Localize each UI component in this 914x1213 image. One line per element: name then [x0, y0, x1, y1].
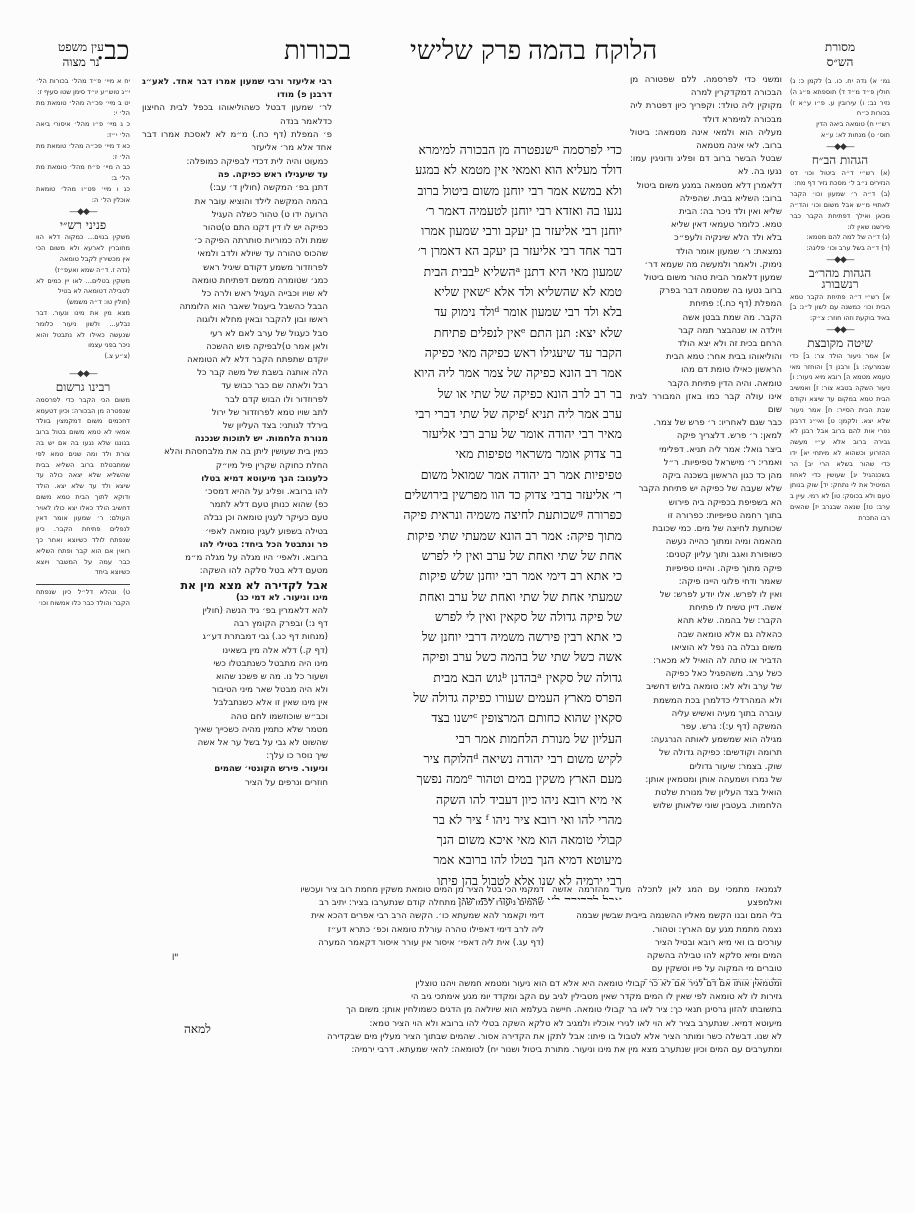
rashi-line: ברוב: השליא בבית. שהפילה: [630, 193, 782, 206]
tosafot-line: להא דלאמרין בפ׳ גיד הנשה (חולין: [142, 605, 328, 618]
rashi-line: מקוקין ליה טולד: וקפריך כיון דפטרת ליה מ…: [630, 100, 782, 126]
tosafot-line: אבל לקדירה לא מצא מין את: [142, 579, 328, 592]
tosafot-line: חוזרים ונרפים על הציר: [142, 777, 328, 790]
rashi-line: של נמרו ושמעהה אותן ומטמאין אותן:: [630, 774, 782, 787]
rashi-line: של ערב ולא לא: טומאה בלוש דחשיב: [630, 681, 782, 694]
gemara-line: כי אתא רב דימי אמר רבי יוחנן שלש פיקות: [336, 566, 622, 586]
tosafot-line: ראשו ובון להקבר ובאין מחלא ולוגוה: [142, 314, 328, 327]
gemara-line: שמעתי אחת של שתי ואחת של ערב ואחת: [336, 587, 622, 607]
rashi-line: ומשני כדי לפרסמה. ללם שפטורה מן הבכורה ד…: [630, 74, 782, 100]
gemara-line: נגעו בה ואזדא רבי יוחנן לטעמיה דאמר ר׳: [336, 201, 622, 221]
rashi-line: בתוך רחמה טפיפיות: כפרורה זו: [630, 510, 782, 523]
rashi-line: ברוב נטעו בה שמטמה דבר בפרק: [630, 285, 782, 298]
ornament-divider-icon: —◆◆—: [790, 324, 890, 336]
shita-mekubetzet-title: שיטה מקובצת: [790, 338, 890, 349]
tosafot-line: טעם כעיקר לעגין טומאה וכן נבלה: [142, 512, 328, 525]
rashi-line: מהאמה ומיה ומתוך כהייה נעשה: [630, 536, 782, 549]
rashi-line: המפלת (דף כח.): פתיחת: [630, 298, 782, 311]
tosafot-line: וכב״ש שוכוזשמו לחם טהה: [142, 711, 328, 724]
rabbeinu-gershom-text: משום הכי הקבר כדי לפרסמה שנפטרה מן הבכור…: [36, 395, 130, 579]
masoret-hashas-heading: מסורת הש״ס: [790, 40, 890, 70]
rashi-line: מהן כד כגון הראשון בשכנה ביקה: [630, 470, 782, 483]
ner-mitzvah-title: נר מצוה: [36, 55, 126, 70]
rashi-line: ולא המהרדלי כדלמרן בכת המשמת: [630, 695, 782, 708]
rashi-line: שכותעת לחיצה של מים. כמי שכובת: [630, 523, 782, 536]
rashi-line: הדביר או טתה לה הואיל לא מכאר:: [630, 655, 782, 668]
gemara-line: מעם הארץ משקין במים וטהור ᵉממה נפשך: [336, 769, 622, 789]
gemara-line: מיעוטא דמיא הנך בטלו להו ברובא אמר: [336, 850, 622, 870]
rashi-line: המים ומיא סלקא להו טבילה בהשקה: [552, 950, 782, 963]
gemara-line: קבולי טומאה הוא מאי איכא משום הנך: [336, 830, 622, 850]
ornament-divider-icon: —◆◆—: [36, 206, 130, 218]
gemara-line: ולא במשא אמר רבי יוחנן משום ביטול ברוב: [336, 181, 622, 201]
tosafot-line: לפרוזדור ולו הבוש קדם לבר: [142, 394, 328, 407]
ein-mishpat-heading: עין משפט נר מצוה: [36, 40, 126, 70]
gemara-line: טפיפיות אמר רב יהודה אמר שמואל משום: [336, 465, 622, 485]
gemara-line: מתוך פיקה: אמר רב הונא שמעתי שתי פיקות: [336, 526, 622, 546]
shita-mekubetzet-text: א] אמר ניעור הולד צר: ב] כדי שבמרעה: ג] …: [790, 351, 890, 524]
rashi-line: שבטל הבשר ברוב דם ופליג ודוניגין עמו: נג…: [630, 153, 782, 179]
tosafot-line: לתב שויו טמא לפרוזדור של ירול: [142, 407, 328, 420]
gemara-line: כפרורה ᵍשכותעת לחיצה משמיה ונראית פיקה: [336, 505, 622, 525]
rashi-line: דלאמרן דלא מטמאה במגע משום ביטול: [630, 180, 782, 193]
rashi-line: טמא. כלומר טעמאי דאין שליא: [630, 219, 782, 232]
masoret-entry: גמ׳ א) נדה יח. כו. ב) לקמן כ: ג) חולין פ…: [790, 76, 890, 119]
rashi-line: המשקה (דף ע:): גרש. עפר: [630, 721, 782, 734]
tosafot-line: הבבל כהשבל ביעגול שאבר הוא הלומתה: [142, 301, 328, 314]
pninei-rashi-source: (נדה ז. ד״ה שמא ואעפ״ז): [36, 265, 130, 276]
tosafot-line: כפיקה יש לו דין דקנו התם ט)טהור: [142, 222, 328, 235]
rashi-line: בלא ולד הלא שינקיה ולעפ״כ: [630, 232, 782, 245]
rashi-line: הקבר. מה שמת בבטן אשה: [630, 312, 782, 325]
rashi-line: למאן: ר׳ פרש. דלצריך פיקה: [630, 430, 782, 443]
chapter-name: הלוקח בהמה: [528, 36, 657, 66]
tosafot-line: פר ונתבטל הכל ביחד: בטילי להו: [142, 539, 328, 552]
gemara-line: הפרס מארץ העמים שעורו כפיקה גדולה של: [336, 688, 622, 708]
gemara-line: דולד מעליא הוא ואמאי אין מטמא לא במגע: [336, 160, 622, 180]
rashi-line: שוק. בצמר: שיעור גדולים: [630, 761, 782, 774]
gemara-line: ר׳ אליעזר ברבי צדוק כד הוו מפרשין בירושל…: [336, 485, 622, 505]
ein-mishpat-entry: יח א מיי׳ פ״ד מהל׳ בכורות הל׳ י״ג טוש״ע …: [36, 76, 130, 98]
gemara-line: של פיקה גדולה של סקאין ואין לי לפרש: [336, 607, 622, 627]
tosafot-line: עד שיעגילו ראש כפיקה. פה: [142, 169, 328, 182]
gemara-line: הקבר עד שיעגילו ראש כפיקה מאי כפיקה: [336, 343, 622, 363]
rashi-line: משום נבלה בה נפל לא הוציאו: [630, 642, 782, 655]
gemara-line: מהרי להו ואי רובא ציר ניהו ᶠ ציר לא בר: [336, 810, 622, 830]
tosafot-line: ברובא. ולאפי׳ היו מגלה על מגלה מ״מ: [142, 552, 328, 565]
tosafot-line: כלעגוב: הנך מיעוטא דמיא בטלו: [142, 473, 328, 486]
tosafot-line: שהמים ניעורו לכמו שהן מתחלה קודם שנתערבו…: [172, 897, 544, 910]
tosafot-line: לר׳ שמעון דבטל כשהוליאוהו בכפל לבית החיצ…: [142, 102, 332, 128]
tosafot-line: מינו היה מתבטל כשנתבטלו כשי: [142, 658, 328, 671]
gemara-line: גדולה של סקאין ᵃבהדנן ᵇגוש הבא מבית: [336, 668, 622, 688]
tosafot-line: דמקמי הכי בטל הציר מן המים טומאת משקין מ…: [172, 884, 544, 897]
tosafot-line: מטמר שלא כתמין מהיה כשכייך שאיך: [142, 724, 328, 737]
tosafot-line: מטעם דלא בטל סלקה להו השקה:: [142, 565, 328, 578]
tosafot-line: הלה אותגה בשבת של משה קבר כל: [142, 367, 328, 380]
ein-mishpat-entry: כ ג מיי׳ פ״ו מהל׳ איסורי ביאה הל׳ י״ז:: [36, 119, 130, 141]
tosafot-line: פ׳ המפלת (דף כח.) מ״מ לא לאסכת אמרו דבר …: [142, 129, 332, 155]
tosafot-line: כמג׳ שטומרה ממשם דפתיחת טומאה: [142, 275, 328, 288]
rashi-line: עוברה בתוך מעיה ואשיש עליה: [630, 708, 782, 721]
tosafot-line: הרועה ידו ט) טהור כשלה העגיל: [142, 209, 328, 222]
masoret-entry: רש״י ח) טומאה ביאה הדין: [790, 119, 890, 130]
gemara-line: בר רב לרב הונא כפיקה של שתי או של: [336, 384, 622, 404]
rashi-line: מעליה הוא ולמאי אינה מטמאה: ביטול ברוב. …: [630, 127, 782, 153]
rashi-line: הקבר: של בהמה. שלא תהא: [630, 615, 782, 628]
perek-number: פרק שלישי: [410, 36, 521, 66]
rashi-line: כשל ערב. משהפגיל כאל כפיקה: [630, 668, 782, 681]
tosafot-column: כמעוט והיה לית דכדי לבפיקה כמופלה: עד שי…: [142, 156, 328, 886]
tosafot-line: שיך נוסר כו עלך:: [142, 750, 328, 763]
hagahot-habach-entry: (א) רש״י ד״ה ביטול וכו׳ דס הנזירים נ״ב ל…: [790, 168, 890, 190]
tosafot-top: רבי אליעזר ורבי שמעון אמרו דבר אחד. לאע״…: [142, 76, 332, 156]
rashi-line: גזירות לו לא טומאה לפי שאין לו המים מקדר…: [172, 991, 782, 1004]
rashi-line: אשה. דיין טשיח לו פתיחת: [630, 602, 782, 615]
rashi-line: תרומה וקודשים: כפיקה גדולה של: [630, 747, 782, 760]
ein-mishpat-entry: כג ו מיי׳ פט״ו מהל׳ טומאת אוכלין הל׳ ה:: [36, 184, 130, 206]
rashi-line: בלי המם ובנו הקשמ מאליו ההשנמה בייבית שב…: [552, 910, 782, 923]
ein-mishpat-title: עין משפט: [36, 40, 126, 55]
rashi-bottom-full: ומטמאין אותו אם דם לגיר אם לא כר קבולי ט…: [172, 978, 782, 1060]
tosafot-line: דימי וקאמר להא שמעתא כו׳. הקשה הרב רבי א…: [172, 910, 544, 923]
tosafot-line: סבל כעגול של ערב לאם לא רעי: [142, 328, 328, 341]
tosafot-line: רבי אליעזר ורבי שמעון אמרו דבר אחד. לאע״…: [142, 76, 332, 102]
gemara-line: שלא יצא: תנן התם ᵉאין לנפלים פתיחת: [336, 323, 622, 343]
gemara-line: יוחנן רבי אליעזר בן יעקב ורבי שמעון אמרו: [336, 221, 622, 241]
rashi-line: הראשון כאילו טומת דם מהו: [630, 364, 782, 377]
rashi-line: הרחם בכית זה ולא יצא הולד: [630, 338, 782, 351]
tosafot-line: דף נ:) ובפרק הקומץ רבה: [142, 618, 328, 631]
pninei-rashi-source: (צ״ע צ.): [36, 351, 130, 362]
tosafot-line: כפ) שהוא כנותן טעם דלא לתמר: [142, 499, 328, 512]
rashi-line: נצמה מתמת מגע עם הארץ: וטהור.: [552, 924, 782, 937]
tosafot-line: לפרוזדור משמע דקודם שיגיל ראש: [142, 262, 328, 275]
tosafot-line: מינו וניעור. לא דמי כג): [142, 592, 328, 605]
pninei-rashi-entry: משקין בטלים... לאו יין כמים לא לטבילה דט…: [36, 276, 130, 298]
rashi-line: שלא שעבה של כפיקה יש פתיחת הקבר: [630, 483, 782, 496]
gemara-line: בלא ולד רבי שמעון אומר ᵈולד נימוק עד: [336, 302, 622, 322]
gemara-line: כי אתא רבין פירשה משמיה דרבי יוחנן של: [336, 627, 622, 647]
tractate-name: בכורות: [284, 36, 351, 66]
tosafot-line: ולאן אמר ט)לבפיקה פוש ההשכה: [142, 341, 328, 354]
rashi-line: לא שנו. דבשלה כשר ומותר הציר אלא לטבול ב…: [172, 1031, 782, 1044]
hagahot-maharab-text: א] רש״י ד״ה פתיחת הקבר טמא הבית וכו׳ כמש…: [790, 292, 890, 324]
rashi-line: מגילה הוא שמשמע לאותה הנרגעה:: [630, 734, 782, 747]
gemara-line: אי מיא רובא ניהו כיון דעביד להו השקה: [336, 790, 622, 810]
rashi-line: והוליאוהו בבית אחר: טמא הבית: [630, 351, 782, 364]
tosafot-line: לא שויו וכבייה העגיל ראש ולרה כל: [142, 288, 328, 301]
tosafot-line: דתנן בפ׳ המקשה (חולין ד׳ עב:): [142, 182, 328, 195]
gemara-line: לקיש משום רבי יהודה נשיאה ᵈהלוקח ציר: [336, 749, 622, 769]
pninei-rashi-entry: משקין בגוים... כמקוה דלא הוו מחוברין לאר…: [36, 232, 130, 264]
gemara-line: שמעון מאי היא דתנן ᵃהשליא ᵇבבית הבית: [336, 262, 622, 282]
tosafot-line: יוקדם שתפתח הקבר דלא לא הטומאה: [142, 354, 328, 367]
rashi-line: אינו עולה קבר כמו באזן המבורר לבית שום: [630, 391, 782, 417]
tosafot-line: ליה לרב דימי דאפילו טהרה עורלת טומאה וכפ…: [172, 924, 544, 937]
rashi-line: ביצר גואל: אמר ליה תניא. דפלימי: [630, 444, 782, 457]
left-margin-column: יח א מיי׳ פ״ד מהל׳ בכורות הל׳ י״ג טוש״ע …: [36, 76, 130, 1036]
rashi-line: בתשובתו להזון גרסינן תנאי כך: ציר לאו בר…: [172, 1004, 782, 1017]
tosafot-line: מנורת הלחמות. יש לתוכות שנכנה: [142, 433, 328, 446]
rashi-line: פיקה מתוך פיקה. והיינו טפיפיות: [630, 563, 782, 576]
gemara-line: ערב אמר ליה תניא ᶠפיקה של שתי דברי רבי: [336, 404, 622, 424]
tosafot-line: (דף עג.) אית ליה דאפי׳ איסור אין עורר אי…: [172, 937, 544, 950]
talmud-page: כב. בכורות פרק שלישי הלוקח בהמה עין משפט…: [0, 0, 914, 1213]
rashi-line: ומתערבים עם המים וכיון שנתערב מצא מין את…: [172, 1044, 782, 1057]
hagahot-habach-title: הגהות הב״ח: [790, 155, 890, 166]
tosafot-line: להו ברובא. ופליג על ההיא דמסכ׳: [142, 486, 328, 499]
ein-mishpat-entry: יט ב מיי׳ פכ״ה מהל׳ טומאת מת הל׳ י:: [36, 98, 130, 120]
tosafot-line: שהכוס טהורה עד שיולא ולדב ולמאי: [142, 248, 328, 261]
pninei-rashi-title: פניני רש״י: [36, 220, 130, 231]
tosafot-line: שהשוט לא גבי על בשל ער אל אשה: [142, 737, 328, 750]
rashi-line: שמעון דלאמר הבית טהור משום ביטול: [630, 272, 782, 285]
gemara-main-text: כדי לפרסמה ⁿשנפטרה מן הבכורה למימרא דולד…: [336, 140, 622, 900]
tosafot-line: אין מינו שאין זו אלא כשנתבלבל: [142, 697, 328, 710]
rashi-line: הלחמות. בעטבין שוני שלאותן שלוש: [630, 800, 782, 813]
tosafot-line: יין: [172, 950, 544, 963]
gemara-line: בר צדוק אומר משראוי טפיפות מאי: [336, 444, 622, 464]
rashi-line: ואין לו לפרש. אלו יודע לפרש: של: [630, 589, 782, 602]
tosafot-line: שמת ולה כמוריות סותרתה הפיקה כ׳: [142, 235, 328, 248]
rashi-line: שאמר ודחי פלוגי היינו פיקה:: [630, 576, 782, 589]
gemara-line: העליון של מנורת הלחמות אמר רבי: [336, 729, 622, 749]
rashi-line: הא בשפיפת בכפיקה ביה פירוש: [630, 497, 782, 510]
rashi-column: ומשני כדי לפרסמה. ללם שפטורה מן הבכורה ד…: [630, 74, 782, 864]
rashi-line: כבר שגם לאחריו: ר׳ פרש של צמר.: [630, 417, 782, 430]
right-margin-column: גמ׳ א) נדה יח. כו. ב) לקמן כ: ג) חולין פ…: [790, 76, 890, 856]
rashi-line: ויולדה או שנהבצר תמה קבר: [630, 325, 782, 338]
gemara-line: כדי לפרסמה ⁿשנפטרה מן הבכורה למימרא: [336, 140, 622, 160]
tosafot-line: ושעור כל נו. מה ש פשכנ שהוא: [142, 671, 328, 684]
hagahot-maharab-title: הגהות מהר״ב רנשבורג: [790, 268, 890, 290]
rashi-line: עורכים בו ואי מיא רובא ובטיל הציר: [552, 937, 782, 950]
rashi-line: ומטמאין אותו אם דם לגיר אם לא כר קבולי ט…: [172, 978, 782, 991]
tosafot-line: (דף ק.) דלא אלה מין בשאינו: [142, 645, 328, 658]
gemara-line: אשה כשל שתי של בהמה כשל ערב ופיקה: [336, 647, 622, 667]
ornament-divider-icon: —◆◆—: [790, 141, 890, 153]
tosafot-line: וניעור. פירש הקונטי׳ שהמים: [142, 763, 328, 776]
gemara-line: טמא לא שהשליא ולד אלא ᶜשאין שליא: [336, 282, 622, 302]
rashi-line: שליא ואין ולד ניכר בה: הבית: [630, 206, 782, 219]
footnote: ט) ונהלא דל״ל כיון שנפתח הקבר והולד כבר …: [36, 584, 130, 609]
hagahot-habach-entry: (ג) ד״ה של למה להם מטמא:: [790, 232, 890, 243]
pninei-rashi-entry: מצא מין את מינו ונעור. דבר נבלע... ולשון…: [36, 308, 130, 351]
rashi-line: נימוק. ולאמר ולמעשה מה שעמא דר׳: [630, 259, 782, 272]
gemara-line: אחת של שתי ואחת של ערב ואין לי לפרש: [336, 546, 622, 566]
gemara-line: מאיר רבי יהודה אומר של ערב רבי אליעזר: [336, 424, 622, 444]
hashas-title: הש״ס: [790, 55, 890, 70]
tosafot-line: בירלד לגותני: בצד העליון של: [142, 420, 328, 433]
rashi-line: לגמנאז מתמכי עם המג לאן לתכלה מעד מהזרמה…: [552, 884, 782, 910]
hagahot-habach-entry: (ד) ד״ה בשל ערב וכו׳ פליגה:: [790, 243, 890, 254]
rashi-line: טומאה. והיה הדין פתיחת הקבר: [630, 378, 782, 391]
tosafot-line: (מנחות דף כג.) גבי דמבתרת דע״ג: [142, 631, 328, 644]
gemara-line: סקאין שהוא כחותם המרצופין ᶜישנו בצד: [336, 708, 622, 728]
hagahot-habach-entry: (ב) ד״ה ר׳ שמעון וכו׳ הקבר לאתויי מ״ש אב…: [790, 189, 890, 232]
ein-mishpat-entry: כב ה מיי׳ פ״ח מהל׳ טומאת מת הל׳ ב:: [36, 162, 130, 184]
catchword: למאה: [184, 1022, 211, 1037]
page-header: כב. בכורות פרק שלישי הלוקח בהמה: [0, 36, 914, 66]
rashi-line: ואמרי: ר׳ מישראל טפיפיות. ר״ל: [630, 457, 782, 470]
rabbeinu-gershom-title: רבינו גרשום: [36, 382, 130, 393]
rashi-line: מיעוטא דמיא. שנתערב בציר לא הוי לאו לגיר…: [172, 1018, 782, 1031]
masoret-title: מסורת: [790, 40, 890, 55]
gemara-line: דבר אחד רבי אליעזר בן יעקב הא דאמרן ר׳: [336, 241, 622, 261]
ornament-divider-icon: —◆◆—: [36, 368, 130, 380]
ornament-divider-icon: —◆◆—: [790, 254, 890, 266]
tosafot-line: בהמה המקשה לילד והוציא עובר את: [142, 196, 328, 209]
ein-mishpat-entry: כא ד מיי׳ פכ״ה מהל׳ טומאת מת הל׳ ז:: [36, 141, 130, 163]
tosafot-line: בטילה בשפוע לעגין טומאה לאפי׳: [142, 526, 328, 539]
rashi-line: נמצאת: ר׳ שמעון אומר הולד: [630, 246, 782, 259]
tosafot-line: רבל ולאתה שם כבר כבוש עד: [142, 380, 328, 393]
gemara-line: אמר רב הונא כפיקה של צמר אמר ליה היוא: [336, 363, 622, 383]
rashi-line: הואיל בצד העליון של מנורת שלטת: [630, 787, 782, 800]
pninei-rashi-source: (חולין טו: ד״ה משמש): [36, 297, 130, 308]
tosafot-line: החלת כחוקה שקרין פיל מיו״ק: [142, 460, 328, 473]
tosafot-line: כמעוט והיה לית דכדי לבפיקה כמופלה:: [142, 156, 328, 169]
rashi-line: טוברים מי המקוה על פיו וטשקין עם: [552, 963, 782, 976]
rashi-bottom-right: לגמנאז מתמכי עם המג לאן לתכלה מעד מהזרמה…: [552, 884, 782, 980]
rashi-line: כהאלה גם אלא טומאה שבה: [630, 629, 782, 642]
tosafot-line: כמין בית שעושין ליתן בה את מלבחסהת והלא: [142, 446, 328, 459]
tosafot-bottom-left: דמקמי הכי בטל הציר מן המים טומאת משקין מ…: [172, 884, 544, 970]
masoret-entry: תוס׳ ט) מנחות לא: ע״א: [790, 130, 890, 141]
rashi-line: כשופורת ואגב ותוך עליון קטנים:: [630, 549, 782, 562]
tosafot-line: ולא היה מבטל שאר מיני הטיבור: [142, 684, 328, 697]
